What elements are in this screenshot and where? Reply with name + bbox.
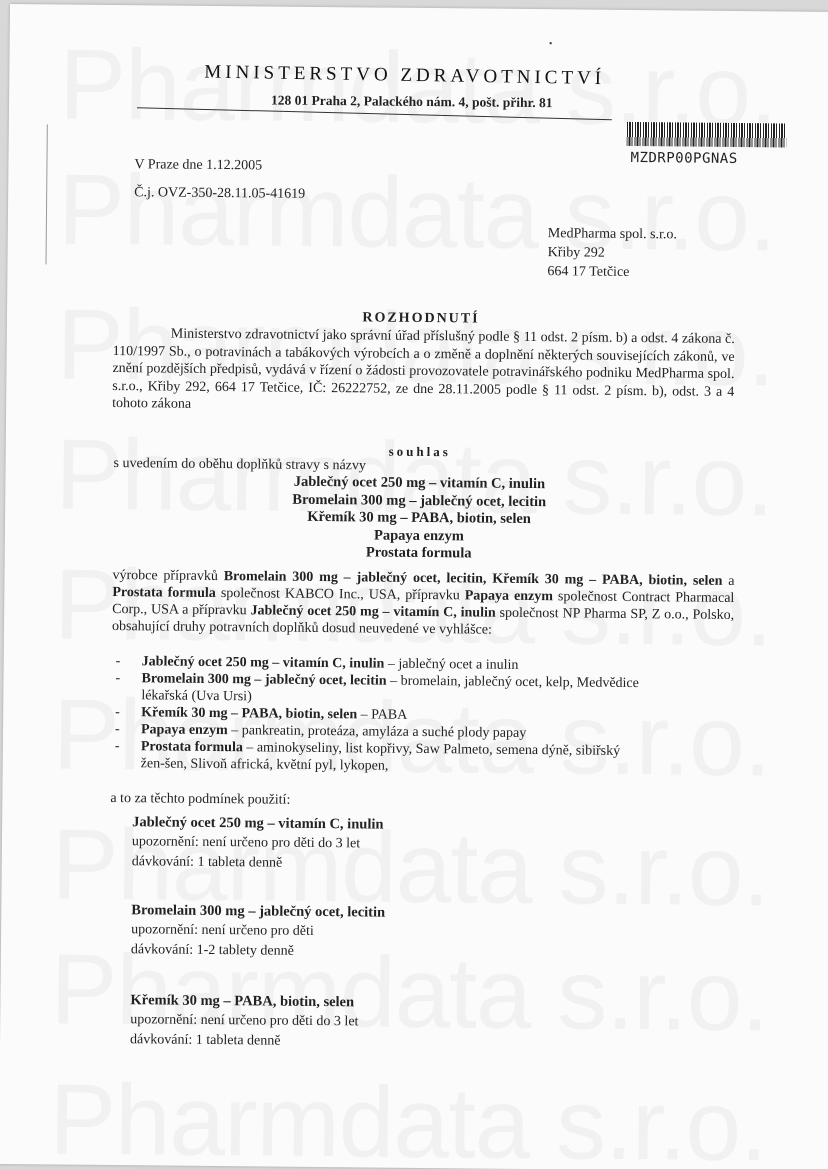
document-page: Pharmdata s.r.o. Pharmdata s.r.o. Pharmd… [0, 4, 828, 1169]
product-list: Jablečný ocet 250 mg – vitamín C, inulin… [5, 471, 828, 567]
composition-desc: – pankreatin, proteáza, amyláza a suché … [228, 723, 527, 741]
condition-product: Bromelain 300 mg – jablečný ocet, leciti… [131, 900, 385, 922]
condition-warning: upozornění: není určeno pro děti do 3 le… [132, 832, 384, 854]
preamble-text: Ministerstvo zdravotnictví jako správní … [112, 325, 735, 418]
condition-product: Křemík 30 mg – PABA, biotin, selen [130, 990, 358, 1012]
product-ref: Papaya enzym [465, 588, 553, 604]
recipient-name: MedPharma spol. s.r.o. [548, 224, 677, 244]
bullet: - [115, 670, 120, 687]
condition-block: Jablečný ocet 250 mg – vitamín C, inulin… [132, 812, 384, 874]
barcode-text: MZDRP00PGNAS [630, 150, 737, 167]
composition-desc: – PABA [357, 707, 407, 722]
speck [550, 42, 552, 44]
composition-item: -Prostata formula – aminokyseliny, list … [111, 738, 751, 778]
ministry-name: MINISTERSTVO ZDRAVOTNICTVÍ [204, 61, 605, 90]
condition-warning: upozornění: není určeno pro děti [131, 920, 385, 942]
condition-block: Křemík 30 mg – PABA, biotin, selen upozo… [130, 990, 359, 1052]
text: a [722, 574, 734, 589]
condition-dosage: dávkování: 1 tableta denně [130, 1030, 358, 1052]
ministry-address: 128 01 Praha 2, Palackého nám. 4, pošt. … [271, 93, 553, 112]
condition-dosage: dávkování: 1-2 tablety denně [131, 940, 385, 962]
condition-block: Bromelain 300 mg – jablečný ocet, leciti… [131, 900, 385, 962]
product-ref: Jablečný ocet 250 mg – vitamín C, inulin [250, 603, 495, 620]
reference-number: Č.j. OVZ-350-28.11.05-41619 [134, 185, 305, 203]
conditions-intro: a to za těchto podmínek použití: [110, 791, 290, 809]
condition-dosage: dávkování: 1 tableta denně [132, 852, 384, 874]
preamble: Ministerstvo zdravotnictví jako správní … [112, 325, 735, 418]
document-date: V Praze dne 1.12.2005 [134, 157, 262, 174]
recipient-street: Křiby 292 [548, 243, 677, 263]
watermark: Pharmdata s.r.o. [49, 1069, 768, 1169]
composition-desc: – jablečný ocet a inulin [384, 657, 518, 673]
bullet: - [115, 721, 120, 738]
composition-desc-cont: žen-šen, Slivoň africká, květní pyl, lyk… [141, 755, 751, 778]
recipient-address: MedPharma spol. s.r.o. Křiby 292 664 17 … [547, 224, 677, 282]
composition-list: -Jablečný ocet 250 mg – vitamín C, inuli… [111, 653, 752, 778]
composition-name: Bromelain 300 mg – jablečný ocet, leciti… [141, 671, 386, 688]
bullet: - [115, 704, 120, 721]
bullet: - [115, 738, 120, 755]
text: výrobce přípravků [112, 568, 223, 584]
product-ref: Prostata formula [112, 585, 216, 601]
bullet: - [116, 653, 121, 670]
composition-desc: – bromelain, jablečný ocet, kelp, Medvěd… [387, 674, 639, 691]
composition-name: Prostata formula [141, 739, 243, 755]
recipient-city: 664 17 Tetčice [547, 262, 676, 282]
composition-name: Křemík 30 mg – PABA, biotin, selen [141, 705, 357, 722]
margin-line [46, 124, 48, 264]
producers-paragraph: výrobce přípravků Bromelain 300 mg – jab… [112, 567, 735, 641]
barcode [627, 122, 787, 148]
condition-product: Jablečný ocet 250 mg – vitamín C, inulin [132, 812, 384, 834]
composition-name: Jablečný ocet 250 mg – vitamín C, inulin [142, 654, 385, 671]
composition-name: Papaya enzym [141, 722, 228, 738]
text: společnost KABCO Inc., USA, přípravku [216, 586, 465, 603]
condition-warning: upozornění: není určeno pro děti do 3 le… [130, 1010, 358, 1032]
